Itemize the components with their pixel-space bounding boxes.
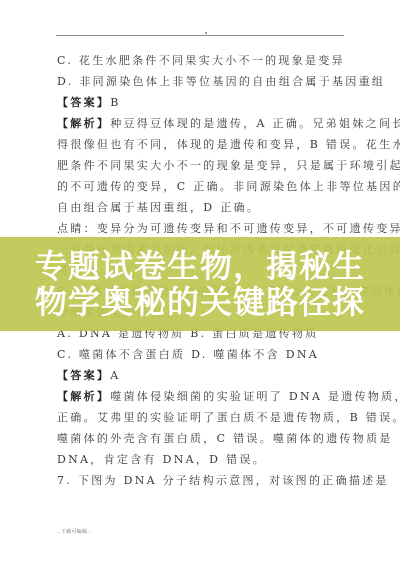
- document-line: 点睛：变异分为可遗传变异和不可遗传变异，不可遗传变异: [57, 222, 400, 236]
- banner-title-line-1: 专题试卷生物，揭秘生: [0, 248, 400, 284]
- document-line: 自由组合属于基因重组，D 正确。: [57, 201, 260, 215]
- line-text: 的不可遗传的变异，C 正确。非同源染色体上非等位基因的: [57, 180, 400, 193]
- line-text: D. 非同源染色体上非等位基因的自由组合属于基因重组: [57, 75, 385, 88]
- document-line: C. 花生水肥条件不同果实大小不一的现象是变异: [57, 54, 345, 68]
- line-text: 噬菌体侵染细菌的实验证明了 DNA 是遗传物质，A: [110, 390, 400, 403]
- line-text: 得很像但也有不同，体现的是遗传和变异，B 错误。花生水: [57, 138, 400, 151]
- line-text: 自由组合属于基因重组，D 正确。: [57, 201, 260, 214]
- line-text: 肥条件不同果实大小不一的现象是变异，只是属于环境引起: [57, 159, 400, 172]
- line-text: DNA，肯定含有 DNA，D 错误。: [57, 453, 266, 466]
- document-line: D. 非同源染色体上非等位基因的自由组合属于基因重组: [57, 75, 385, 89]
- document-line: 肥条件不同果实大小不一的现象是变异，只是属于环境引起: [57, 159, 400, 173]
- line-text: A: [110, 369, 120, 382]
- line-text: B: [110, 96, 120, 109]
- line-text: 正确。艾弗里的实验证明了蛋白质不是遗传物质，B 错误。: [57, 411, 400, 424]
- section-label: 【解析】: [57, 390, 110, 403]
- line-text: C. 噬菌体不含蛋白质 D. 噬菌体不含 DNA: [57, 348, 319, 361]
- section-label: 【答案】: [57, 96, 110, 109]
- document-line: 7. 下图为 DNA 分子结构示意图，对该图的正确描述是: [57, 474, 389, 488]
- document-line: DNA，肯定含有 DNA，D 错误。: [57, 453, 266, 467]
- page-footer: ..下载可编辑..: [57, 528, 91, 535]
- document-line: C. 噬菌体不含蛋白质 D. 噬菌体不含 DNA: [57, 348, 319, 362]
- document-line: 【解析】种豆得豆体现的是遗传，A 正确。兄弟姐妹之间长: [57, 117, 400, 131]
- banner-title: 专题试卷生物，揭秘生 物学奥秘的关键路径探: [0, 248, 400, 320]
- document-line: 【解析】噬菌体侵染细菌的实验证明了 DNA 是遗传物质，A: [57, 390, 400, 404]
- section-label: 【解析】: [57, 117, 110, 130]
- header-divider: [56, 35, 344, 36]
- document-page: C. 花生水肥条件不同果实大小不一的现象是变异D. 非同源染色体上非等位基因的自…: [0, 0, 400, 566]
- document-line: 【答案】B: [57, 96, 121, 110]
- line-text: 点睛：变异分为可遗传变异和不可遗传变异，不可遗传变异: [57, 222, 400, 235]
- banner-title-line-2: 物学奥秘的关键路径探: [0, 284, 400, 320]
- line-text: 7. 下图为 DNA 分子结构示意图，对该图的正确描述是: [57, 474, 389, 487]
- document-line: 噬菌体的外壳含有蛋白质，C 错误。噬菌体的遗传物质是: [57, 432, 393, 446]
- document-line: 的不可遗传的变异，C 正确。非同源染色体上非等位基因的: [57, 180, 400, 194]
- section-label: 【答案】: [57, 369, 110, 382]
- line-text: 噬菌体的外壳含有蛋白质，C 错误。噬菌体的遗传物质是: [57, 432, 393, 445]
- line-text: C. 花生水肥条件不同果实大小不一的现象是变异: [57, 54, 345, 67]
- document-line: 【答案】A: [57, 369, 120, 383]
- line-text: 种豆得豆体现的是遗传，A 正确。兄弟姐妹之间长: [110, 117, 400, 130]
- document-line: 得很像但也有不同，体现的是遗传和变异，B 错误。花生水: [57, 138, 400, 152]
- document-line: 正确。艾弗里的实验证明了蛋白质不是遗传物质，B 错误。: [57, 411, 400, 425]
- header-mark: [205, 32, 207, 34]
